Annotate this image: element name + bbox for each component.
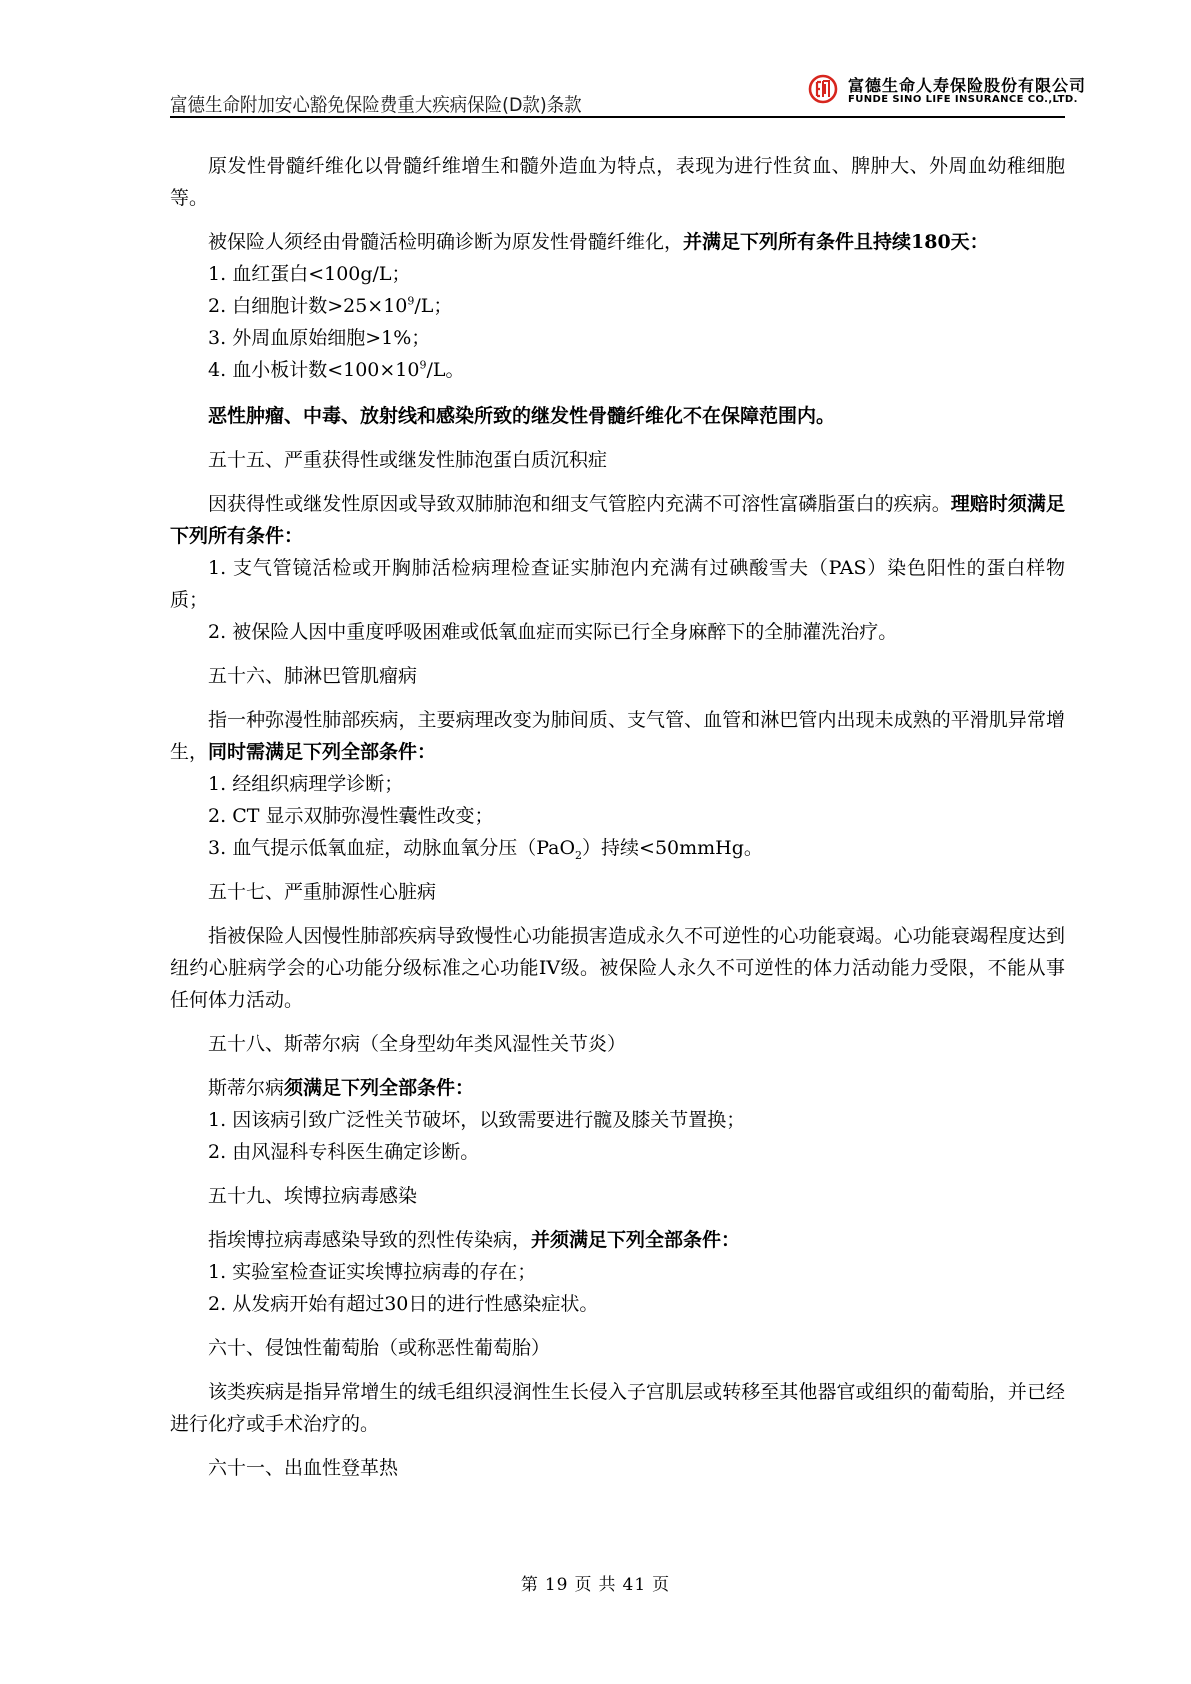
list-item: 1. 实验室检查证实埃博拉病毒的存在；: [170, 1256, 1065, 1288]
current-page-number: 19: [545, 1575, 569, 1595]
section-heading: 五十七、严重肺源性心脏病: [170, 876, 1065, 908]
list-item: 3. 血气提示低氧血症，动脉血氧分压（PaO2）持续<50mmHg。: [170, 832, 1065, 864]
paragraph-bold-text: 并满足下列所有条件且持续180天：: [683, 231, 989, 253]
list-text: 白细胞计数>25×10: [232, 295, 407, 317]
paragraph-bold-text: 并须满足下列全部条件：: [531, 1229, 740, 1251]
list-item: 1. 血红蛋白<100g/L；: [170, 258, 1065, 290]
paragraph: 指被保险人因慢性肺部疾病导致慢性心功能损害造成永久不可逆性的心功能衰竭。心功能衰…: [170, 920, 1065, 1016]
total-pages-number: 41: [623, 1575, 647, 1595]
list-number: 1.: [208, 1261, 226, 1283]
footer-text: 第: [521, 1575, 539, 1595]
list-item: 2. 由风湿科专科医生确定诊断。: [170, 1136, 1065, 1168]
list-item: 3. 外周血原始细胞>1%；: [170, 322, 1065, 354]
list-text: ）持续<50mmHg。: [582, 837, 763, 859]
document-body: 原发性骨髓纤维化以骨髓纤维增生和髓外造血为特点，表现为进行性贫血、脾肿大、外周血…: [170, 150, 1065, 1484]
list-number: 2.: [208, 805, 226, 827]
list-item: 1. 支气管镜活检或开胸肺活检病理检查证实肺泡内充满有过碘酸雪夫（PAS）染色阳…: [170, 552, 1065, 616]
footer-text: 页: [652, 1575, 670, 1595]
list-number: 3.: [208, 837, 226, 859]
list-number: 2.: [208, 621, 226, 643]
list-number: 2.: [208, 295, 226, 317]
paragraph: 原发性骨髓纤维化以骨髓纤维增生和髓外造血为特点，表现为进行性贫血、脾肿大、外周血…: [170, 150, 1065, 214]
list-text: 外周血原始细胞>1%；: [232, 327, 430, 349]
company-logo: 富德生命人寿保险股份有限公司 FUNDE SINO LIFE INSURANCE…: [808, 73, 1068, 109]
list-number: 4.: [208, 359, 226, 381]
subscript: 2: [575, 849, 582, 862]
company-logo-icon: [808, 74, 838, 104]
list-item: 2. 被保险人因中重度呼吸困难或低氧血症而实际已行全身麻醉下的全肺灌洗治疗。: [170, 616, 1065, 648]
paragraph-text: 因获得性或继发性原因或导致双肺肺泡和细支气管腔内充满不可溶性富磷脂蛋白的疾病。: [208, 493, 951, 515]
paragraph-text: 斯蒂尔病: [208, 1077, 284, 1099]
list-text: 从发病开始有超过30日的进行性感染症状。: [232, 1293, 598, 1315]
list-number: 2.: [208, 1141, 226, 1163]
paragraph-text: 指埃博拉病毒感染导致的烈性传染病，: [208, 1229, 531, 1251]
company-name-cn: 富德生命人寿保险股份有限公司: [848, 73, 1086, 96]
document-title: 富德生命附加安心豁免保险费重大疾病保险(D款)条款: [170, 90, 582, 117]
paragraph-text: 被保险人须经由骨髓活检明确诊断为原发性骨髓纤维化，: [208, 231, 683, 253]
list-number: 2.: [208, 1293, 226, 1315]
paragraph: 指埃博拉病毒感染导致的烈性传染病，并须满足下列全部条件：: [170, 1224, 1065, 1256]
exclusion-note: 恶性肿瘤、中毒、放射线和感染所致的继发性骨髓纤维化不在保障范围内。: [170, 400, 1065, 432]
section-heading: 五十九、埃博拉病毒感染: [170, 1180, 1065, 1212]
list-number: 3.: [208, 327, 226, 349]
list-text: 血小板计数<100×10: [232, 359, 419, 381]
paragraph: 该类疾病是指异常增生的绒毛组织浸润性生长侵入子宫肌层或转移至其他器官或组织的葡萄…: [170, 1376, 1065, 1440]
paragraph: 斯蒂尔病须满足下列全部条件：: [170, 1072, 1065, 1104]
list-text: 被保险人因中重度呼吸困难或低氧血症而实际已行全身麻醉下的全肺灌洗治疗。: [232, 621, 897, 643]
header-divider: [170, 116, 1065, 118]
section-heading: 五十八、斯蒂尔病（全身型幼年类风湿性关节炎）: [170, 1028, 1065, 1060]
list-text: /L。: [426, 359, 464, 381]
list-text: 血红蛋白<100g/L；: [232, 263, 410, 285]
list-number: 1.: [208, 263, 226, 285]
list-item: 4. 血小板计数<100×109/L。: [170, 354, 1065, 386]
paragraph-bold-text: 同时需满足下列全部条件：: [208, 741, 436, 763]
list-number: 1.: [208, 1109, 226, 1131]
section-heading: 五十五、严重获得性或继发性肺泡蛋白质沉积症: [170, 444, 1065, 476]
company-name-en: FUNDE SINO LIFE INSURANCE CO.,LTD.: [848, 94, 1078, 105]
list-text: 经组织病理学诊断；: [232, 773, 403, 795]
footer-text: 页: [575, 1575, 593, 1595]
section-heading: 五十六、肺淋巴管肌瘤病: [170, 660, 1065, 692]
list-item: 2. 从发病开始有超过30日的进行性感染症状。: [170, 1288, 1065, 1320]
paragraph: 被保险人须经由骨髓活检明确诊断为原发性骨髓纤维化，并满足下列所有条件且持续180…: [170, 226, 1065, 258]
paragraph-bold-text: 须满足下列全部条件：: [284, 1077, 474, 1099]
list-number: 1.: [208, 557, 226, 579]
section-heading: 六十、侵蚀性葡萄胎（或称恶性葡萄胎）: [170, 1332, 1065, 1364]
footer-text: 共: [599, 1575, 617, 1595]
list-item: 1. 因该病引致广泛性关节破坏，以致需要进行髋及膝关节置换；: [170, 1104, 1065, 1136]
page-footer: 第19页共41页: [0, 1570, 1191, 1595]
list-text: 血气提示低氧血症，动脉血氧分压（PaO: [232, 837, 575, 859]
paragraph: 因获得性或继发性原因或导致双肺肺泡和细支气管腔内充满不可溶性富磷脂蛋白的疾病。理…: [170, 488, 1065, 552]
list-text: CT 显示双肺弥漫性囊性改变；: [232, 805, 493, 827]
list-number: 1.: [208, 773, 226, 795]
list-text: 实验室检查证实埃博拉病毒的存在；: [232, 1261, 536, 1283]
list-text: /L；: [414, 295, 452, 317]
list-text: 因该病引致广泛性关节破坏，以致需要进行髋及膝关节置换；: [232, 1109, 745, 1131]
list-text: 由风湿科专科医生确定诊断。: [232, 1141, 479, 1163]
section-heading: 六十一、出血性登革热: [170, 1452, 1065, 1484]
list-item: 1. 经组织病理学诊断；: [170, 768, 1065, 800]
list-text: 支气管镜活检或开胸肺活检病理检查证实肺泡内充满有过碘酸雪夫（PAS）染色阳性的蛋…: [170, 557, 1065, 611]
list-item: 2. 白细胞计数>25×109/L；: [170, 290, 1065, 322]
list-item: 2. CT 显示双肺弥漫性囊性改变；: [170, 800, 1065, 832]
paragraph: 指一种弥漫性肺部疾病，主要病理改变为肺间质、支气管、血管和淋巴管内出现未成熟的平…: [170, 704, 1065, 768]
